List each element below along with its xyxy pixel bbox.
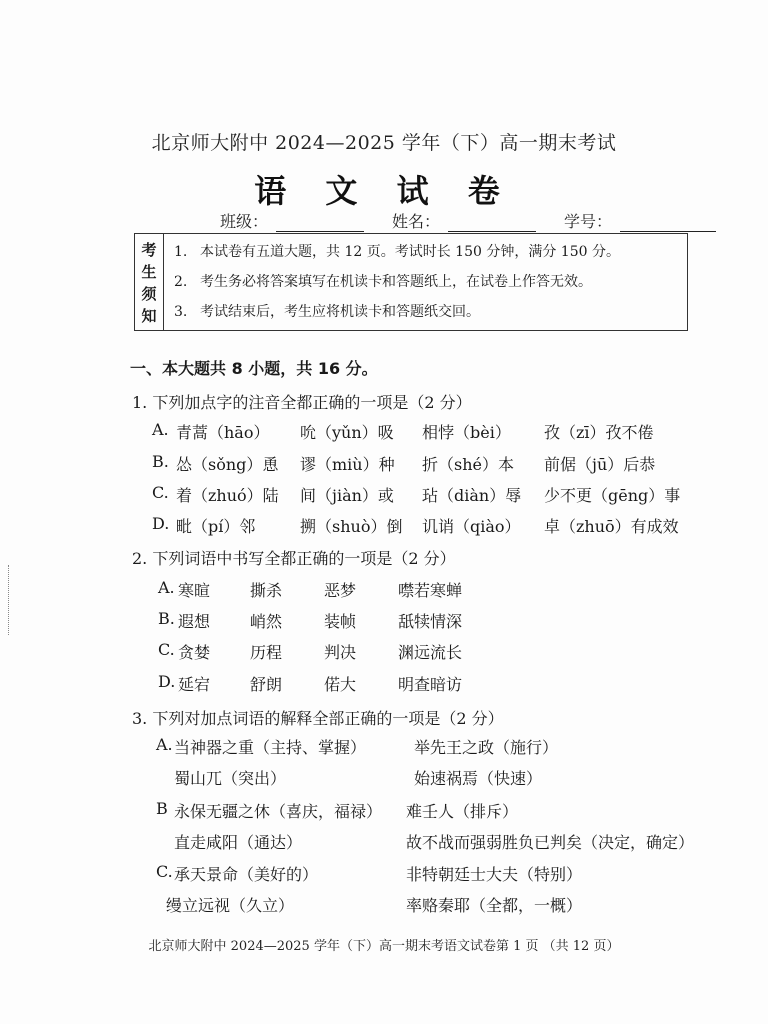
notice-label-char: 生	[141, 261, 156, 282]
option-item: 舐犊情深	[398, 609, 462, 632]
option-item: 讥诮（qiào）	[422, 514, 521, 537]
option-item: 永保无疆之休（喜庆，福禄）	[174, 799, 382, 822]
notice-label-char: 知	[141, 305, 156, 326]
option-item: 判决	[324, 640, 356, 663]
option-item: 舒朗	[250, 672, 282, 695]
page-footer: 北京师大附中 2024—2025 学年（下）高一期末考语文试卷第 1 页 （共 …	[0, 935, 768, 954]
notice-num: 3.	[174, 297, 200, 327]
option-item: 举先王之政（施行）	[414, 735, 558, 758]
option-item: 吮（yǔn）吸	[300, 420, 394, 443]
option-item: 偌大	[324, 672, 356, 695]
option-label: B	[156, 799, 168, 818]
option-item: 装帧	[324, 609, 356, 632]
notice-text: 本试卷有五道大题，共 12 页。考试时长 150 分钟，满分 150 分。	[200, 244, 620, 260]
option-item: 孜（zī）孜不倦	[544, 420, 654, 443]
question-1-stem: 1. 下列加点字的注音全都正确的一项是（2 分）	[132, 390, 472, 413]
notice-num: 2.	[174, 267, 200, 297]
option-item: 青蒿（hāo）	[176, 420, 269, 443]
name-blank[interactable]	[448, 217, 536, 232]
option-item: 噤若寒蝉	[398, 578, 462, 601]
option-item: 难壬人（排斥）	[406, 799, 518, 822]
option-label: B.	[158, 609, 175, 628]
option-item: 峭然	[250, 609, 282, 632]
option-item: 蜀山兀（突出）	[174, 766, 286, 789]
question-3-stem: 3. 下列对加点词语的解释全部正确的一项是（2 分）	[132, 706, 504, 729]
notice-items: 1.本试卷有五道大题，共 12 页。考试时长 150 分钟，满分 150 分。 …	[164, 234, 687, 330]
class-label: 班级：	[220, 209, 268, 232]
class-field: 班级：	[220, 209, 364, 232]
option-item: 当神器之重（主持、掌握）	[174, 735, 366, 758]
id-label: 学号：	[564, 209, 612, 232]
option-item: 寒暄	[178, 578, 210, 601]
exam-page: 北京师大附中 2024—2025 学年（下）高一期末考试 语 文 试 卷 班级：…	[0, 0, 768, 1024]
option-item: 前倨（jū）后恭	[544, 452, 655, 475]
notice-text: 考生务必将答案填写在机读卡和答题纸上，在试卷上作答无效。	[200, 274, 592, 290]
option-item: 搠（shuò）倒	[300, 514, 402, 537]
option-item: 毗（pí）邻	[176, 514, 255, 537]
id-field: 学号：	[564, 209, 716, 232]
page-title: 语 文 试 卷	[0, 166, 768, 212]
option-label: A.	[158, 578, 175, 597]
option-item: 始速祸焉（快速）	[414, 766, 542, 789]
option-item: 直走咸阳（通达）	[174, 830, 302, 853]
notice-label-char: 须	[141, 283, 156, 304]
option-label: A.	[152, 420, 169, 439]
notice-label: 考 生 须 知	[135, 234, 164, 330]
option-item: 承天景命（美好的）	[174, 862, 318, 885]
option-item: 撕杀	[250, 578, 282, 601]
option-item: 折（shé）本	[422, 452, 514, 475]
option-item: 恶梦	[324, 578, 356, 601]
option-item: 间（jiàn）或	[300, 483, 394, 506]
option-item: 历程	[250, 640, 282, 663]
notice-item: 1.本试卷有五道大题，共 12 页。考试时长 150 分钟，满分 150 分。	[174, 237, 687, 267]
option-item: 渊远流长	[398, 640, 462, 663]
class-blank[interactable]	[276, 217, 364, 232]
option-item: 故不战而强弱胜负已判矣（决定，确定）	[406, 830, 694, 853]
notice-num: 1.	[174, 237, 200, 267]
option-item: 相悖（bèi）	[422, 420, 511, 443]
option-item: 非特朝廷士大夫（特别）	[406, 862, 582, 885]
notice-item: 2.考生务必将答案填写在机读卡和答题纸上，在试卷上作答无效。	[174, 267, 687, 297]
option-item: 延宕	[178, 672, 210, 695]
option-item: 玷（diàn）辱	[422, 483, 521, 506]
option-label: C.	[152, 483, 169, 502]
option-item: 明查暗访	[398, 672, 462, 695]
option-label: D.	[158, 672, 175, 691]
option-item: 缦立远视（久立）	[166, 893, 294, 916]
name-label: 姓名：	[392, 209, 440, 232]
option-item: 着（zhuó）陆	[176, 483, 279, 506]
option-label: C.	[156, 862, 173, 881]
option-item: 少不更（gēng）事	[544, 483, 680, 506]
section-title: 一、本大题共 8 小题，共 16 分。	[130, 356, 378, 379]
option-label: A.	[156, 735, 173, 754]
option-item: 遐想	[178, 609, 210, 632]
question-2-stem: 2. 下列词语中书写全都正确的一项是（2 分）	[132, 546, 456, 569]
option-item: 率赂秦耶（全都，一概）	[406, 893, 582, 916]
option-item: 卓（zhuō）有成效	[544, 514, 679, 537]
option-label: B.	[152, 452, 169, 471]
notice-label-char: 考	[141, 239, 156, 260]
option-label: D.	[152, 514, 169, 533]
student-info: 班级： 姓名： 学号：	[220, 209, 744, 232]
option-label: C.	[158, 640, 175, 659]
option-item: 怂（sǒng）恿	[176, 452, 278, 475]
notice-text: 考试结束后，考生应将机读卡和答题纸交回。	[200, 304, 480, 320]
binding-margin-marks	[8, 565, 12, 635]
name-field: 姓名：	[392, 209, 536, 232]
option-item: 贪婪	[178, 640, 210, 663]
option-item: 谬（miù）种	[300, 452, 395, 475]
id-blank[interactable]	[620, 217, 716, 232]
exam-notice-box: 考 生 须 知 1.本试卷有五道大题，共 12 页。考试时长 150 分钟，满分…	[134, 233, 688, 331]
notice-item: 3.考试结束后，考生应将机读卡和答题纸交回。	[174, 297, 687, 327]
exam-header: 北京师大附中 2024—2025 学年（下）高一期末考试	[0, 128, 768, 155]
